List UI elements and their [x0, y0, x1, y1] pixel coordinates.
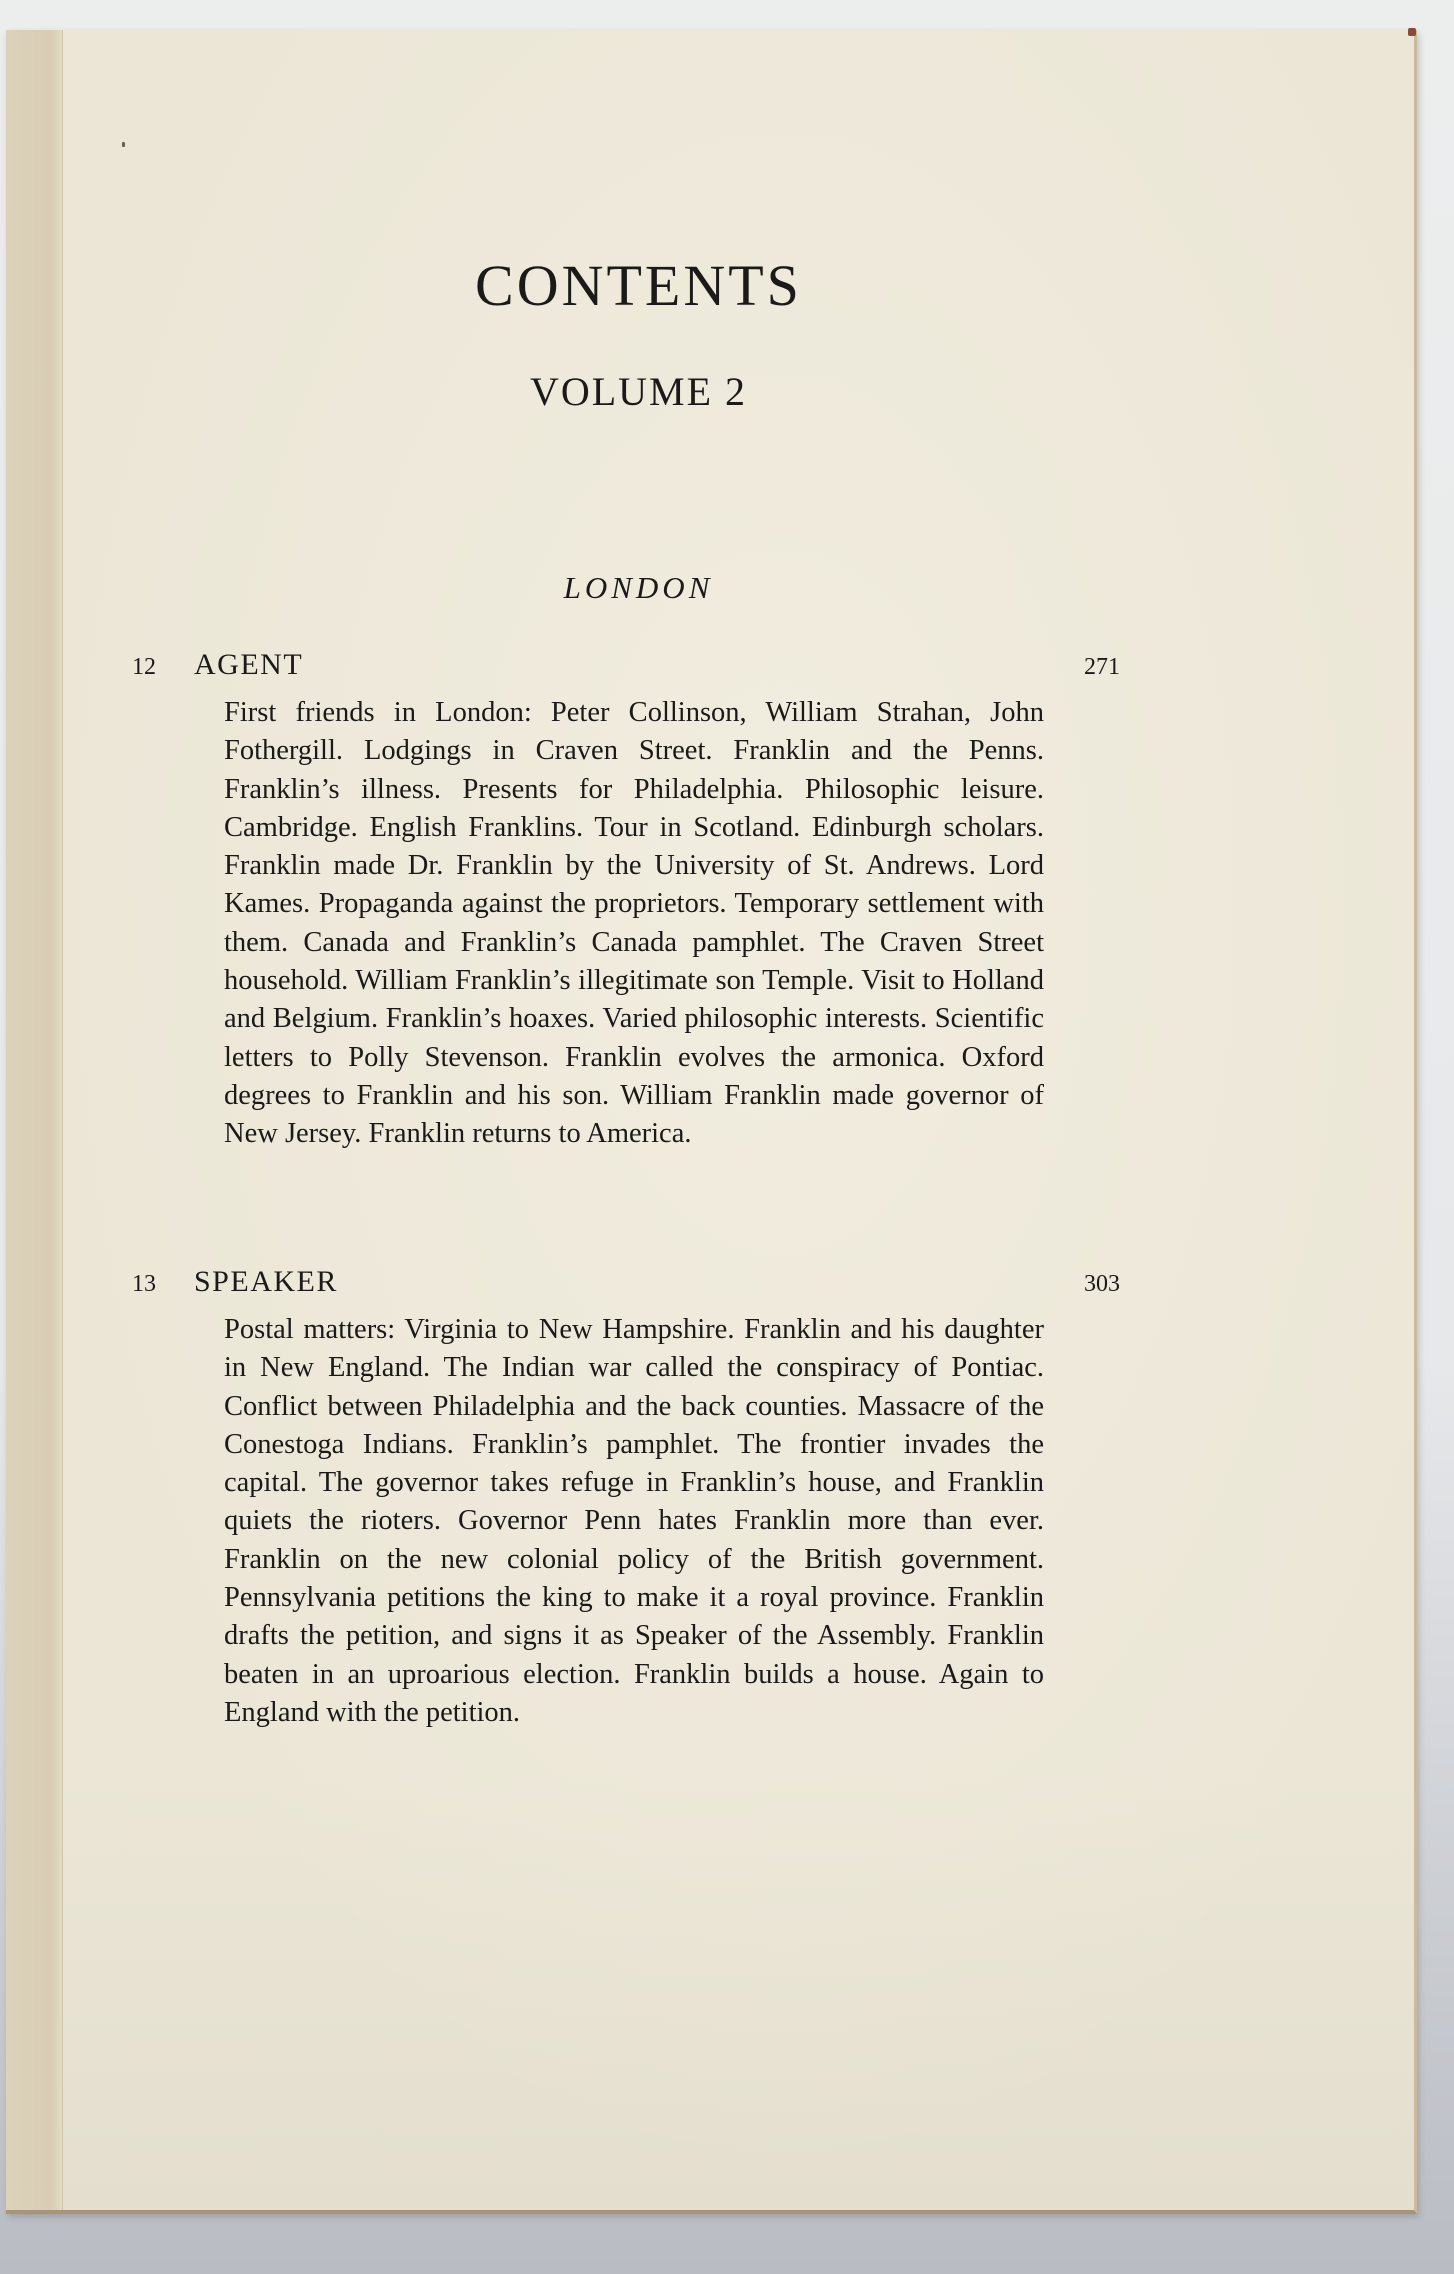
- toc-entry-chapter-13: 13 SPEAKER 303 Postal matters: Virginia …: [6, 1265, 1414, 1305]
- page-title: CONTENTS: [6, 252, 1271, 319]
- chapter-number: 13: [132, 1271, 156, 1298]
- book-page: CONTENTS VOLUME 2 LONDON 12 AGENT 271 Fi…: [6, 30, 1417, 2214]
- corner-mark: [1408, 28, 1416, 36]
- chapter-heading: 12 AGENT 271: [6, 648, 1414, 688]
- chapter-summary: Postal matters: Virginia to New Hampshir…: [224, 1311, 1044, 1732]
- chapter-page-number: 271: [1084, 654, 1120, 681]
- page-gutter: [6, 30, 63, 2210]
- part-title: LONDON: [6, 570, 1271, 606]
- toc-entry-chapter-12: 12 AGENT 271 First friends in London: Pe…: [6, 648, 1414, 688]
- volume-title: VOLUME 2: [6, 368, 1271, 415]
- chapter-page-number: 303: [1084, 1271, 1120, 1298]
- chapter-heading: 13 SPEAKER 303: [6, 1265, 1414, 1305]
- chapter-title: SPEAKER: [194, 1265, 338, 1299]
- chapter-number: 12: [132, 654, 156, 681]
- chapter-title: AGENT: [194, 648, 303, 682]
- paper-speck: [122, 142, 125, 147]
- chapter-summary: First friends in London: Peter Collinson…: [224, 694, 1044, 1154]
